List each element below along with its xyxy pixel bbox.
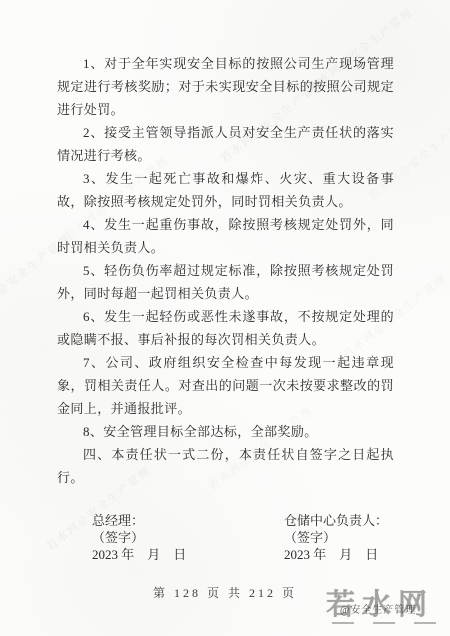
clause-paragraph: 4、发生一起重伤事故，除按照考核规定处罚外，同时罚相关负责人。: [57, 213, 394, 259]
clause-paragraph: 四、本责任状一式二份，本责任状自签字之日起执行。: [57, 443, 394, 489]
logo-handle-text: @安全生产管理: [340, 601, 416, 616]
clause-paragraph: 6、发生一起轻伤或恶性未遂事故，不按规定处理的或隐瞒不报、事后补报的每次罚相关负…: [57, 305, 394, 351]
clause-paragraph: 1、对于全年实现安全目标的按照公司生产现场管理规定进行考核奖励；对于未实现安全目…: [57, 52, 394, 121]
logo-underline-marks: [332, 622, 436, 624]
clause-paragraph: 8、安全管理目标全部达标，全部奖励。: [57, 420, 394, 443]
signature-hint: （签字）: [92, 529, 186, 546]
clause-paragraph: 7、公司、政府组织安全检查中每发现一起违章现象，罚相关责任人。对查出的问题一次未…: [57, 351, 394, 420]
signer-title: 总经理：: [92, 512, 186, 529]
ruoshui-watermark-logo: 若水网 @安全生产管理: [326, 582, 448, 630]
signature-date: 2023 年 月 日: [92, 546, 186, 563]
clause-paragraph: 3、发生一起死亡事故和爆炸、火灾、重大设备事故，除按照考核规定处罚外，同时罚相关…: [57, 167, 394, 213]
signature-left: 总经理： （签字） 2023 年 月 日: [92, 512, 186, 563]
clause-paragraph: 5、轻伤负伤率超过规定标准，除按照考核规定处罚外，同时每超一起罚相关负责人。: [57, 259, 394, 305]
signature-date: 2023 年 月 日: [284, 546, 388, 563]
document-page: 若水网@安全生产管理 若水网@安全生产管理 若水网@安全生产管理 若水网@安全生…: [0, 0, 450, 636]
signature-right: 仓储中心负责人： （签字） 2023 年 月 日: [284, 512, 388, 563]
signature-block: 总经理： （签字） 2023 年 月 日 仓储中心负责人： （签字） 2023 …: [92, 512, 402, 563]
clause-paragraph: 2、接受主管领导指派人员对安全生产责任状的落实情况进行考核。: [57, 121, 394, 167]
signature-hint: （签字）: [284, 529, 388, 546]
document-body: 1、对于全年实现安全目标的按照公司生产现场管理规定进行考核奖励；对于未实现安全目…: [57, 52, 394, 489]
signer-title: 仓储中心负责人：: [284, 512, 388, 529]
